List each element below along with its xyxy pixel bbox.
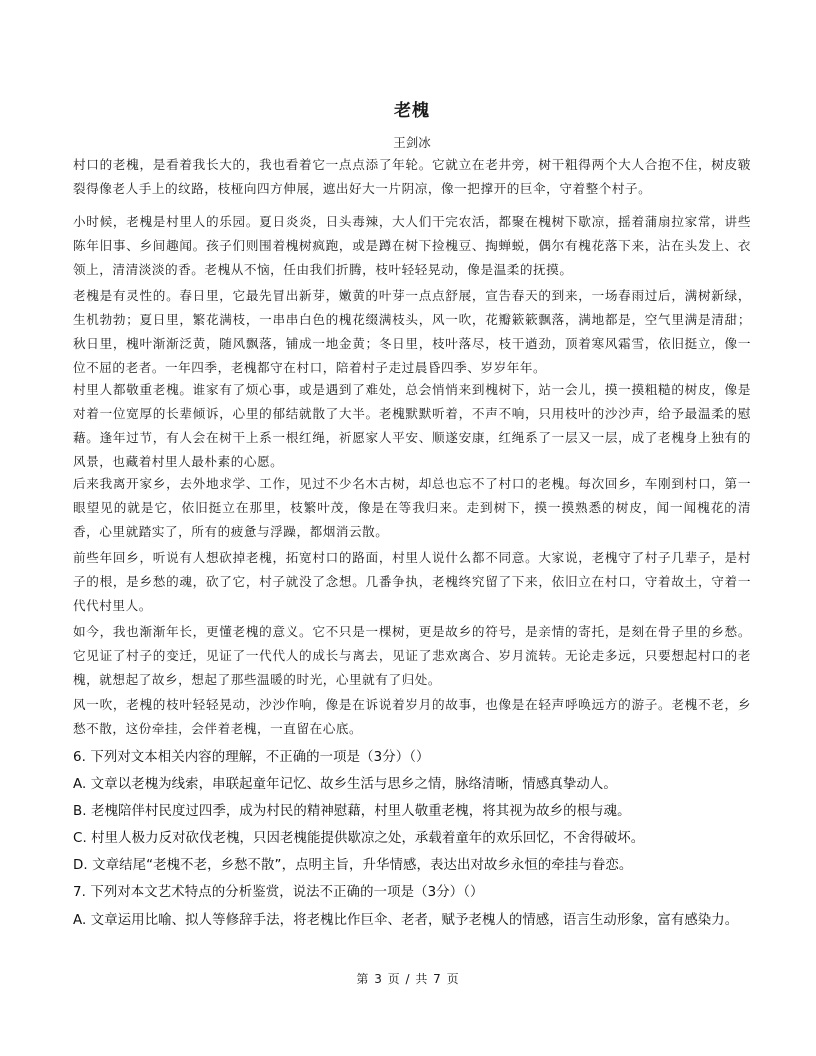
question-7-option-a: A. 文章运用比喻、拟人等修辞手法，将老槐比作巨伞、老者，赋予老槐人的情感，语言… [73,907,751,935]
question-6-option-d: D. 文章结尾“老槐不老，乡愁不散”，点明主旨，升华情感，表达出对故乡永恒的牵挂… [73,852,751,880]
article-paragraph-7: 如今，我也渐渐年长，更懂老槐的意义。它不只是一棵树，更是故乡的符号，是亲情的寄托… [73,620,751,692]
article-paragraph-1: 村口的老槐，是看着我长大的，我也看着它一点点添了年轮。它就立在老井旁，树干粗得两… [73,153,751,201]
article-author: 王剑冰 [73,133,751,151]
article-paragraph-2: 小时候，老槐是村里人的乐园。夏日炎炎，日头毒辣，大人们干完农活，都聚在槐树下歇凉… [73,210,751,282]
page-number: 第 3 页 / 共 7 页 [0,970,816,987]
article-paragraph-3: 老槐是有灵性的。春日里，它最先冒出新芽，嫩黄的叶芽一点点舒展，宣告春天的到来，一… [73,284,751,380]
question-6-option-a: A. 文章以老槐为线索，串联起童年记忆、故乡生活与思乡之情，脉络清晰，情感真挚动… [73,771,751,799]
article-paragraph-4: 村里人都敬重老槐。谁家有了烦心事，或是遇到了难处，总会悄悄来到槐树下，站一会儿，… [73,378,751,474]
question-6-option-c: C. 村里人极力反对砍伐老槐，只因老槐能提供歇凉之处，承载着童年的欢乐回忆，不舍… [73,825,751,853]
question-7-stem: 7. 下列对本文艺术特点的分析鉴赏，说法不正确的一项是（3分）（） [73,879,751,907]
question-6-stem: 6. 下列对文本相关内容的理解，不正确的一项是（3分）（） [73,744,751,772]
article-title: 老槐 [73,96,751,121]
article-paragraph-6: 前些年回乡，听说有人想砍掉老槐，拓宽村口的路面，村里人说什么都不同意。大家说，老… [73,546,751,618]
article-paragraph-5: 后来我离开家乡，去外地求学、工作，见过不少名木古树，却总也忘不了村口的老槐。每次… [73,472,751,544]
article-paragraph-8: 风一吹，老槐的枝叶轻轻晃动，沙沙作响，像是在诉说着岁月的故事，也像是在轻声呼唤远… [73,693,751,741]
question-6-option-b: B. 老槐陪伴村民度过四季，成为村民的精神慰藉，村里人敬重老槐，将其视为故乡的根… [73,798,751,826]
